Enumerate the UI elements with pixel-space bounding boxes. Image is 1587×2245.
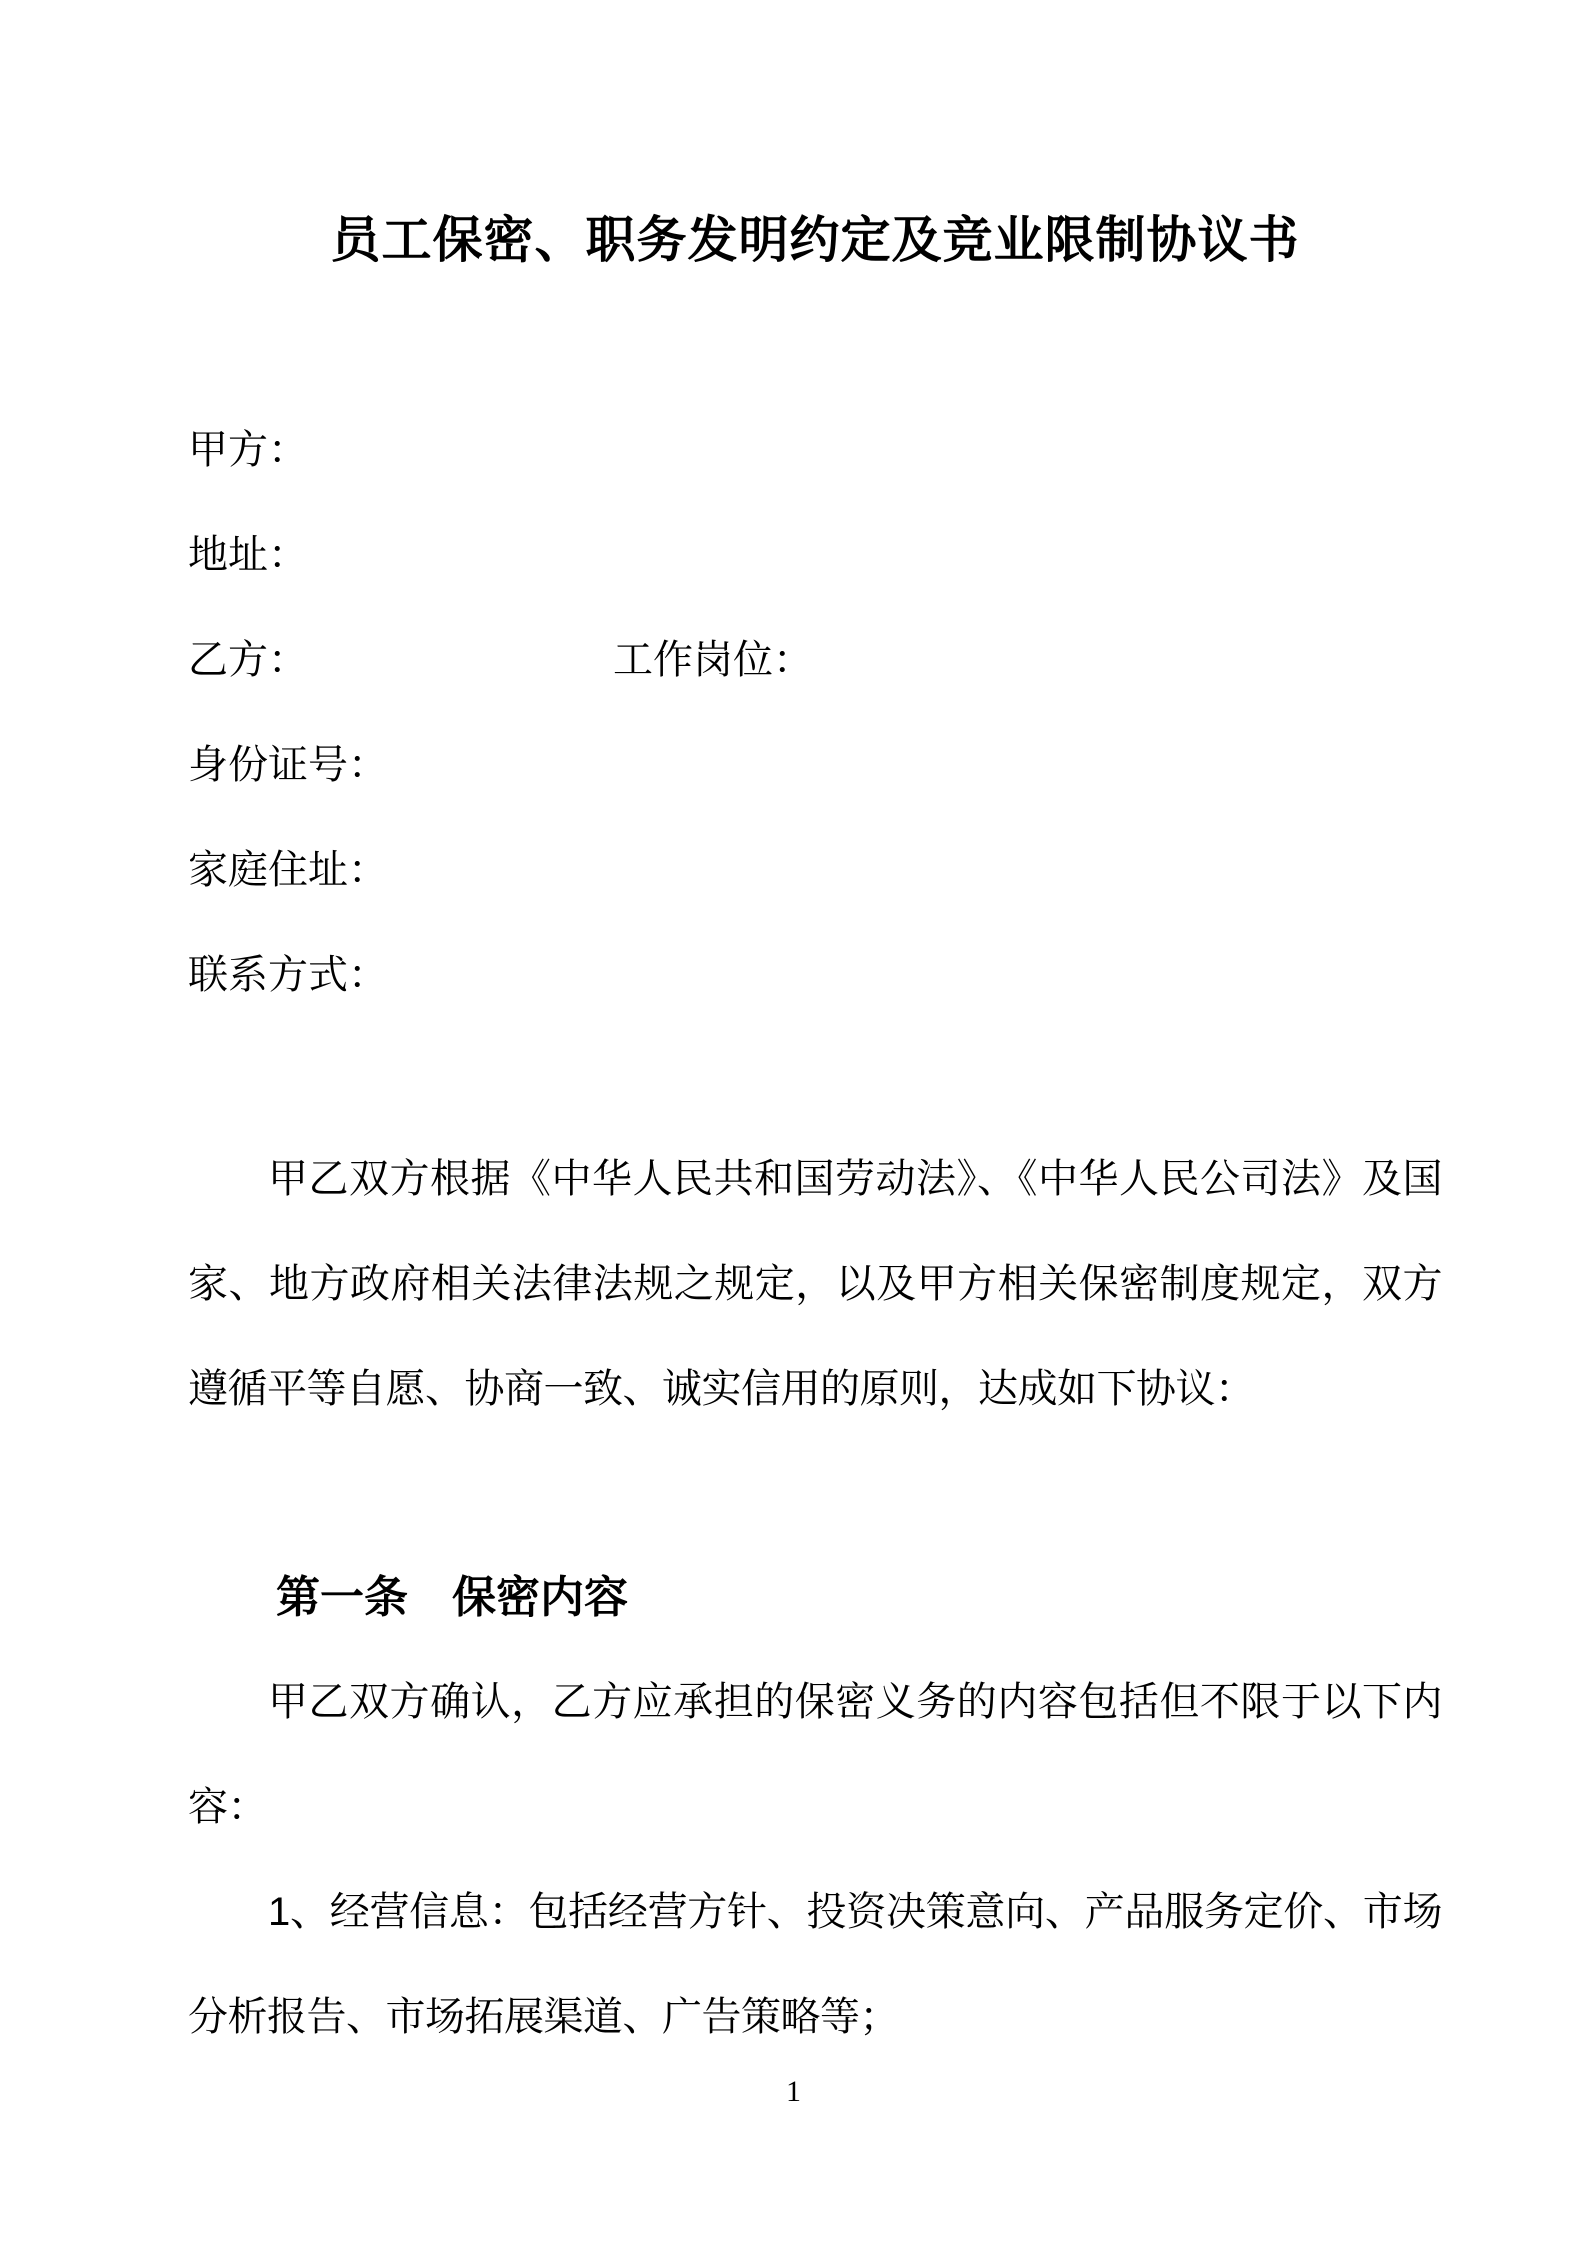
id-number-label: 身份证号：	[188, 742, 388, 787]
home-address-label: 家庭住址：	[188, 847, 388, 892]
page-number: 1	[0, 2072, 1587, 2112]
article1-intro-paragraph: 甲乙双方确认，乙方应承担的保密义务的内容包括但不限于以下内容：	[188, 1650, 1442, 1860]
party-a-line: 甲方：	[188, 397, 1442, 502]
contact-label: 联系方式：	[188, 952, 388, 997]
address-line: 地址：	[188, 502, 1442, 607]
article1-item1-paragraph: 1、经营信息：包括经营方针、投资决策意向、产品服务定价、市场分析报告、市场拓展渠…	[188, 1860, 1442, 2070]
party-b-line: 乙方： 工作岗位：	[188, 607, 1442, 712]
party-a-label: 甲方：	[188, 427, 308, 472]
contact-line: 联系方式：	[188, 922, 1442, 1027]
job-position-label: 工作岗位：	[613, 637, 813, 682]
party-info-block: 甲方： 地址： 乙方： 工作岗位： 身份证号： 家庭住址： 联系方式：	[188, 397, 1442, 1027]
party-b-label: 乙方：	[188, 637, 308, 682]
document-page: 员工保密、职务发明约定及竞业限制协议书 甲方： 地址： 乙方： 工作岗位： 身份…	[0, 0, 1587, 2245]
id-number-line: 身份证号：	[188, 712, 1442, 817]
article1-heading: 第一条 保密内容	[188, 1545, 1442, 1650]
document-title: 员工保密、职务发明约定及竞业限制协议书	[188, 205, 1442, 275]
address-label: 地址：	[188, 532, 308, 577]
home-address-line: 家庭住址：	[188, 817, 1442, 922]
preamble-paragraph: 甲乙双方根据《中华人民共和国劳动法》、《中华人民公司法》及国家、地方政府相关法律…	[188, 1127, 1442, 1442]
